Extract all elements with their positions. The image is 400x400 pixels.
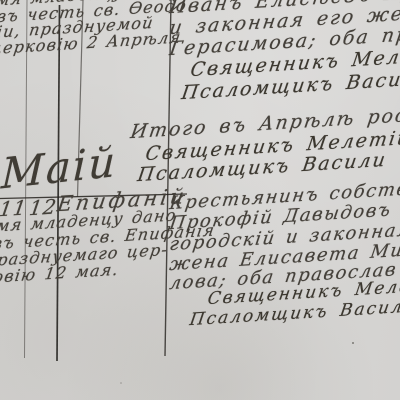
month-header: Маій xyxy=(1,141,118,196)
document-scan: имя младенцу дано въ честь св. Ѳеодо сіи… xyxy=(0,0,400,400)
ink-speck xyxy=(120,382,122,384)
ink-speck xyxy=(308,219,310,221)
ink-speck xyxy=(352,342,354,344)
